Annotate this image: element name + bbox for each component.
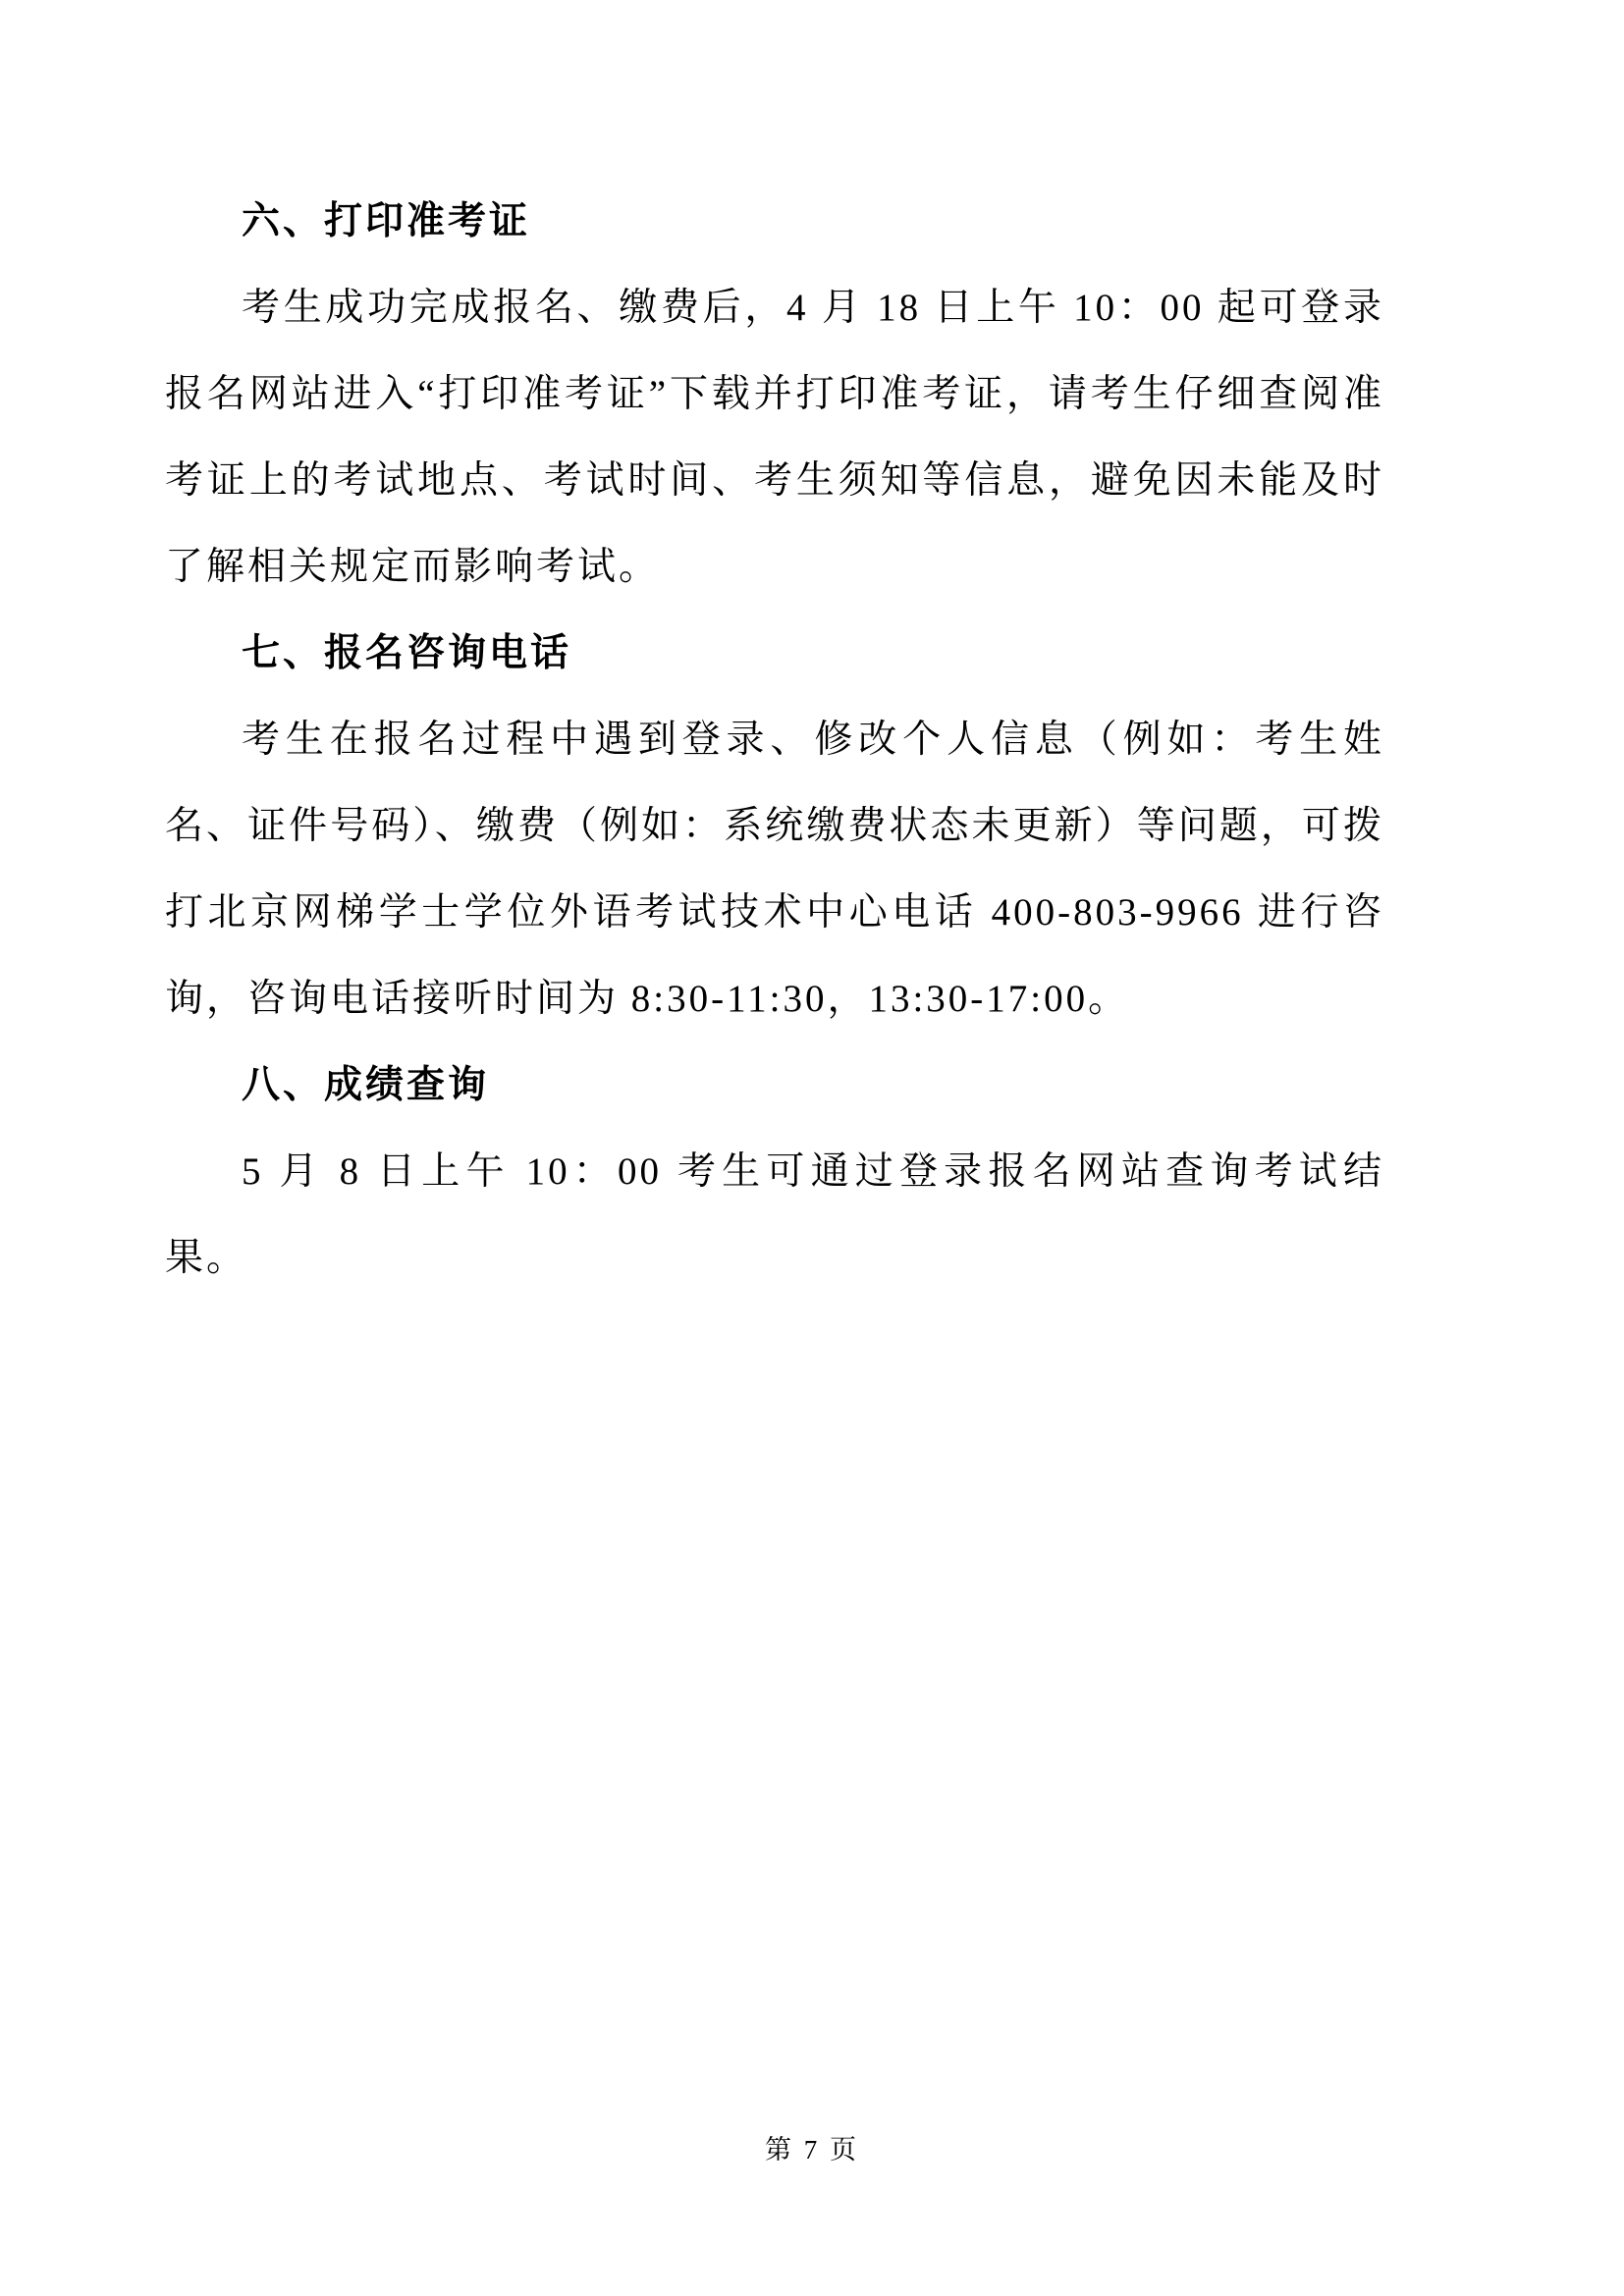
section-heading-score-inquiry: 八、成绩查询: [165, 1042, 1384, 1129]
page-number: 第 7 页: [765, 2135, 859, 2164]
section-registration-hotline: 七、报名咨询电话 考生在报名过程中遇到登录、修改个人信息（例如：考生姓名、证件号…: [165, 611, 1384, 1042]
section-body-print-admission-ticket: 考生成功完成报名、缴费后，4 月 18 日上午 10：00 起可登录报名网站进入…: [165, 265, 1384, 611]
document-page: 六、打印准考证 考生成功完成报名、缴费后，4 月 18 日上午 10：00 起可…: [0, 0, 1624, 2296]
section-heading-registration-hotline: 七、报名咨询电话: [165, 611, 1384, 697]
section-body-score-inquiry: 5 月 8 日上午 10：00 考生可通过登录报名网站查询考试结果。: [165, 1129, 1384, 1302]
section-print-admission-ticket: 六、打印准考证 考生成功完成报名、缴费后，4 月 18 日上午 10：00 起可…: [165, 179, 1384, 611]
page-footer: 第 7 页: [0, 2128, 1624, 2166]
section-body-registration-hotline: 考生在报名过程中遇到登录、修改个人信息（例如：考生姓名、证件号码）、缴费（例如：…: [165, 697, 1384, 1042]
section-score-inquiry: 八、成绩查询 5 月 8 日上午 10：00 考生可通过登录报名网站查询考试结果…: [165, 1042, 1384, 1302]
section-heading-print-admission-ticket: 六、打印准考证: [165, 179, 1384, 265]
document-content: 六、打印准考证 考生成功完成报名、缴费后，4 月 18 日上午 10：00 起可…: [165, 179, 1384, 1302]
